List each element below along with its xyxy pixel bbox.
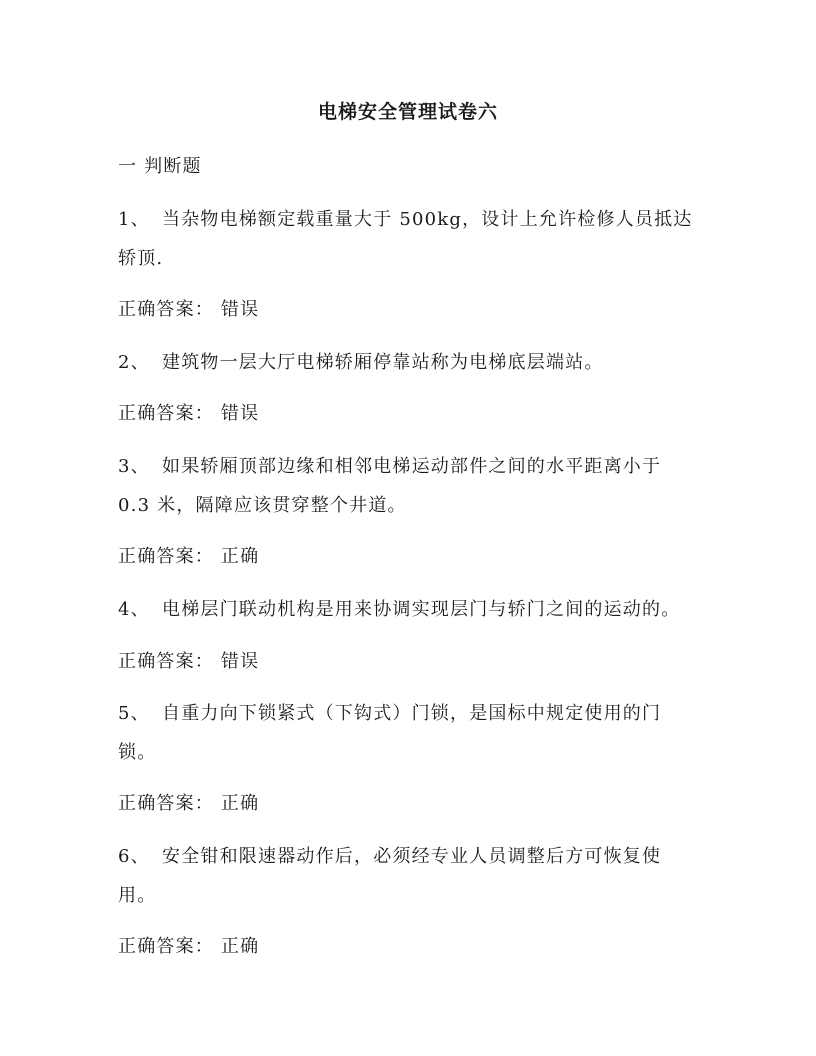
answer-value: 正确 bbox=[221, 936, 259, 957]
answer-label: 正确答案： bbox=[118, 299, 214, 320]
section-heading: 一 判断题 bbox=[118, 152, 202, 178]
question-number: 2、 bbox=[118, 348, 162, 374]
question-number: 6、 bbox=[118, 842, 162, 868]
question-4: 4、电梯层门联动机构是用来协调实现层门与轿门之间的运动的。 bbox=[118, 595, 680, 621]
question-text: 自重力向下锁紧式（下钩式）门锁，是国标中规定使用的门 bbox=[162, 703, 661, 724]
question-5: 5、自重力向下锁紧式（下钩式）门锁，是国标中规定使用的门 bbox=[118, 699, 661, 725]
answer-4: 正确答案： 错误 bbox=[118, 647, 259, 673]
question-number: 1、 bbox=[118, 205, 162, 231]
answer-value: 正确 bbox=[221, 546, 259, 567]
question-2: 2、建筑物一层大厅电梯轿厢停靠站称为电梯底层端站。 bbox=[118, 348, 604, 374]
question-number: 4、 bbox=[118, 595, 162, 621]
answer-value: 错误 bbox=[221, 651, 259, 672]
question-6-continued: 用。 bbox=[118, 881, 156, 907]
answer-value: 正确 bbox=[221, 793, 259, 814]
question-text: 建筑物一层大厅电梯轿厢停靠站称为电梯底层端站。 bbox=[162, 352, 604, 373]
answer-3: 正确答案： 正确 bbox=[118, 542, 259, 568]
question-3: 3、如果轿厢顶部边缘和相邻电梯运动部件之间的水平距离小于 bbox=[118, 452, 661, 478]
question-text: 安全钳和限速器动作后，必须经专业人员调整后方可恢复使 bbox=[162, 846, 661, 867]
question-6: 6、安全钳和限速器动作后，必须经专业人员调整后方可恢复使 bbox=[118, 842, 661, 868]
question-text: 如果轿厢顶部边缘和相邻电梯运动部件之间的水平距离小于 bbox=[162, 456, 661, 477]
answer-1: 正确答案： 错误 bbox=[118, 295, 259, 321]
answer-label: 正确答案： bbox=[118, 546, 214, 567]
answer-value: 错误 bbox=[221, 403, 259, 424]
answer-value: 错误 bbox=[221, 299, 259, 320]
answer-label: 正确答案： bbox=[118, 936, 214, 957]
question-3-continued: 0.3 米，隔障应该贯穿整个井道。 bbox=[118, 491, 407, 517]
document-title: 电梯安全管理试卷六 bbox=[0, 97, 816, 124]
answer-2: 正确答案： 错误 bbox=[118, 399, 259, 425]
question-1-continued: 轿顶. bbox=[118, 244, 163, 270]
question-5-continued: 锁。 bbox=[118, 738, 156, 764]
question-number: 5、 bbox=[118, 699, 162, 725]
question-text: 电梯层门联动机构是用来协调实现层门与轿门之间的运动的。 bbox=[162, 599, 680, 620]
answer-label: 正确答案： bbox=[118, 403, 214, 424]
answer-label: 正确答案： bbox=[118, 793, 214, 814]
answer-5: 正确答案： 正确 bbox=[118, 789, 259, 815]
question-1: 1、当杂物电梯额定载重量大于 500kg，设计上允许检修人员抵达 bbox=[118, 205, 693, 231]
answer-label: 正确答案： bbox=[118, 651, 214, 672]
question-number: 3、 bbox=[118, 452, 162, 478]
question-text: 当杂物电梯额定载重量大于 500kg，设计上允许检修人员抵达 bbox=[162, 209, 693, 230]
answer-6: 正确答案： 正确 bbox=[118, 932, 259, 958]
